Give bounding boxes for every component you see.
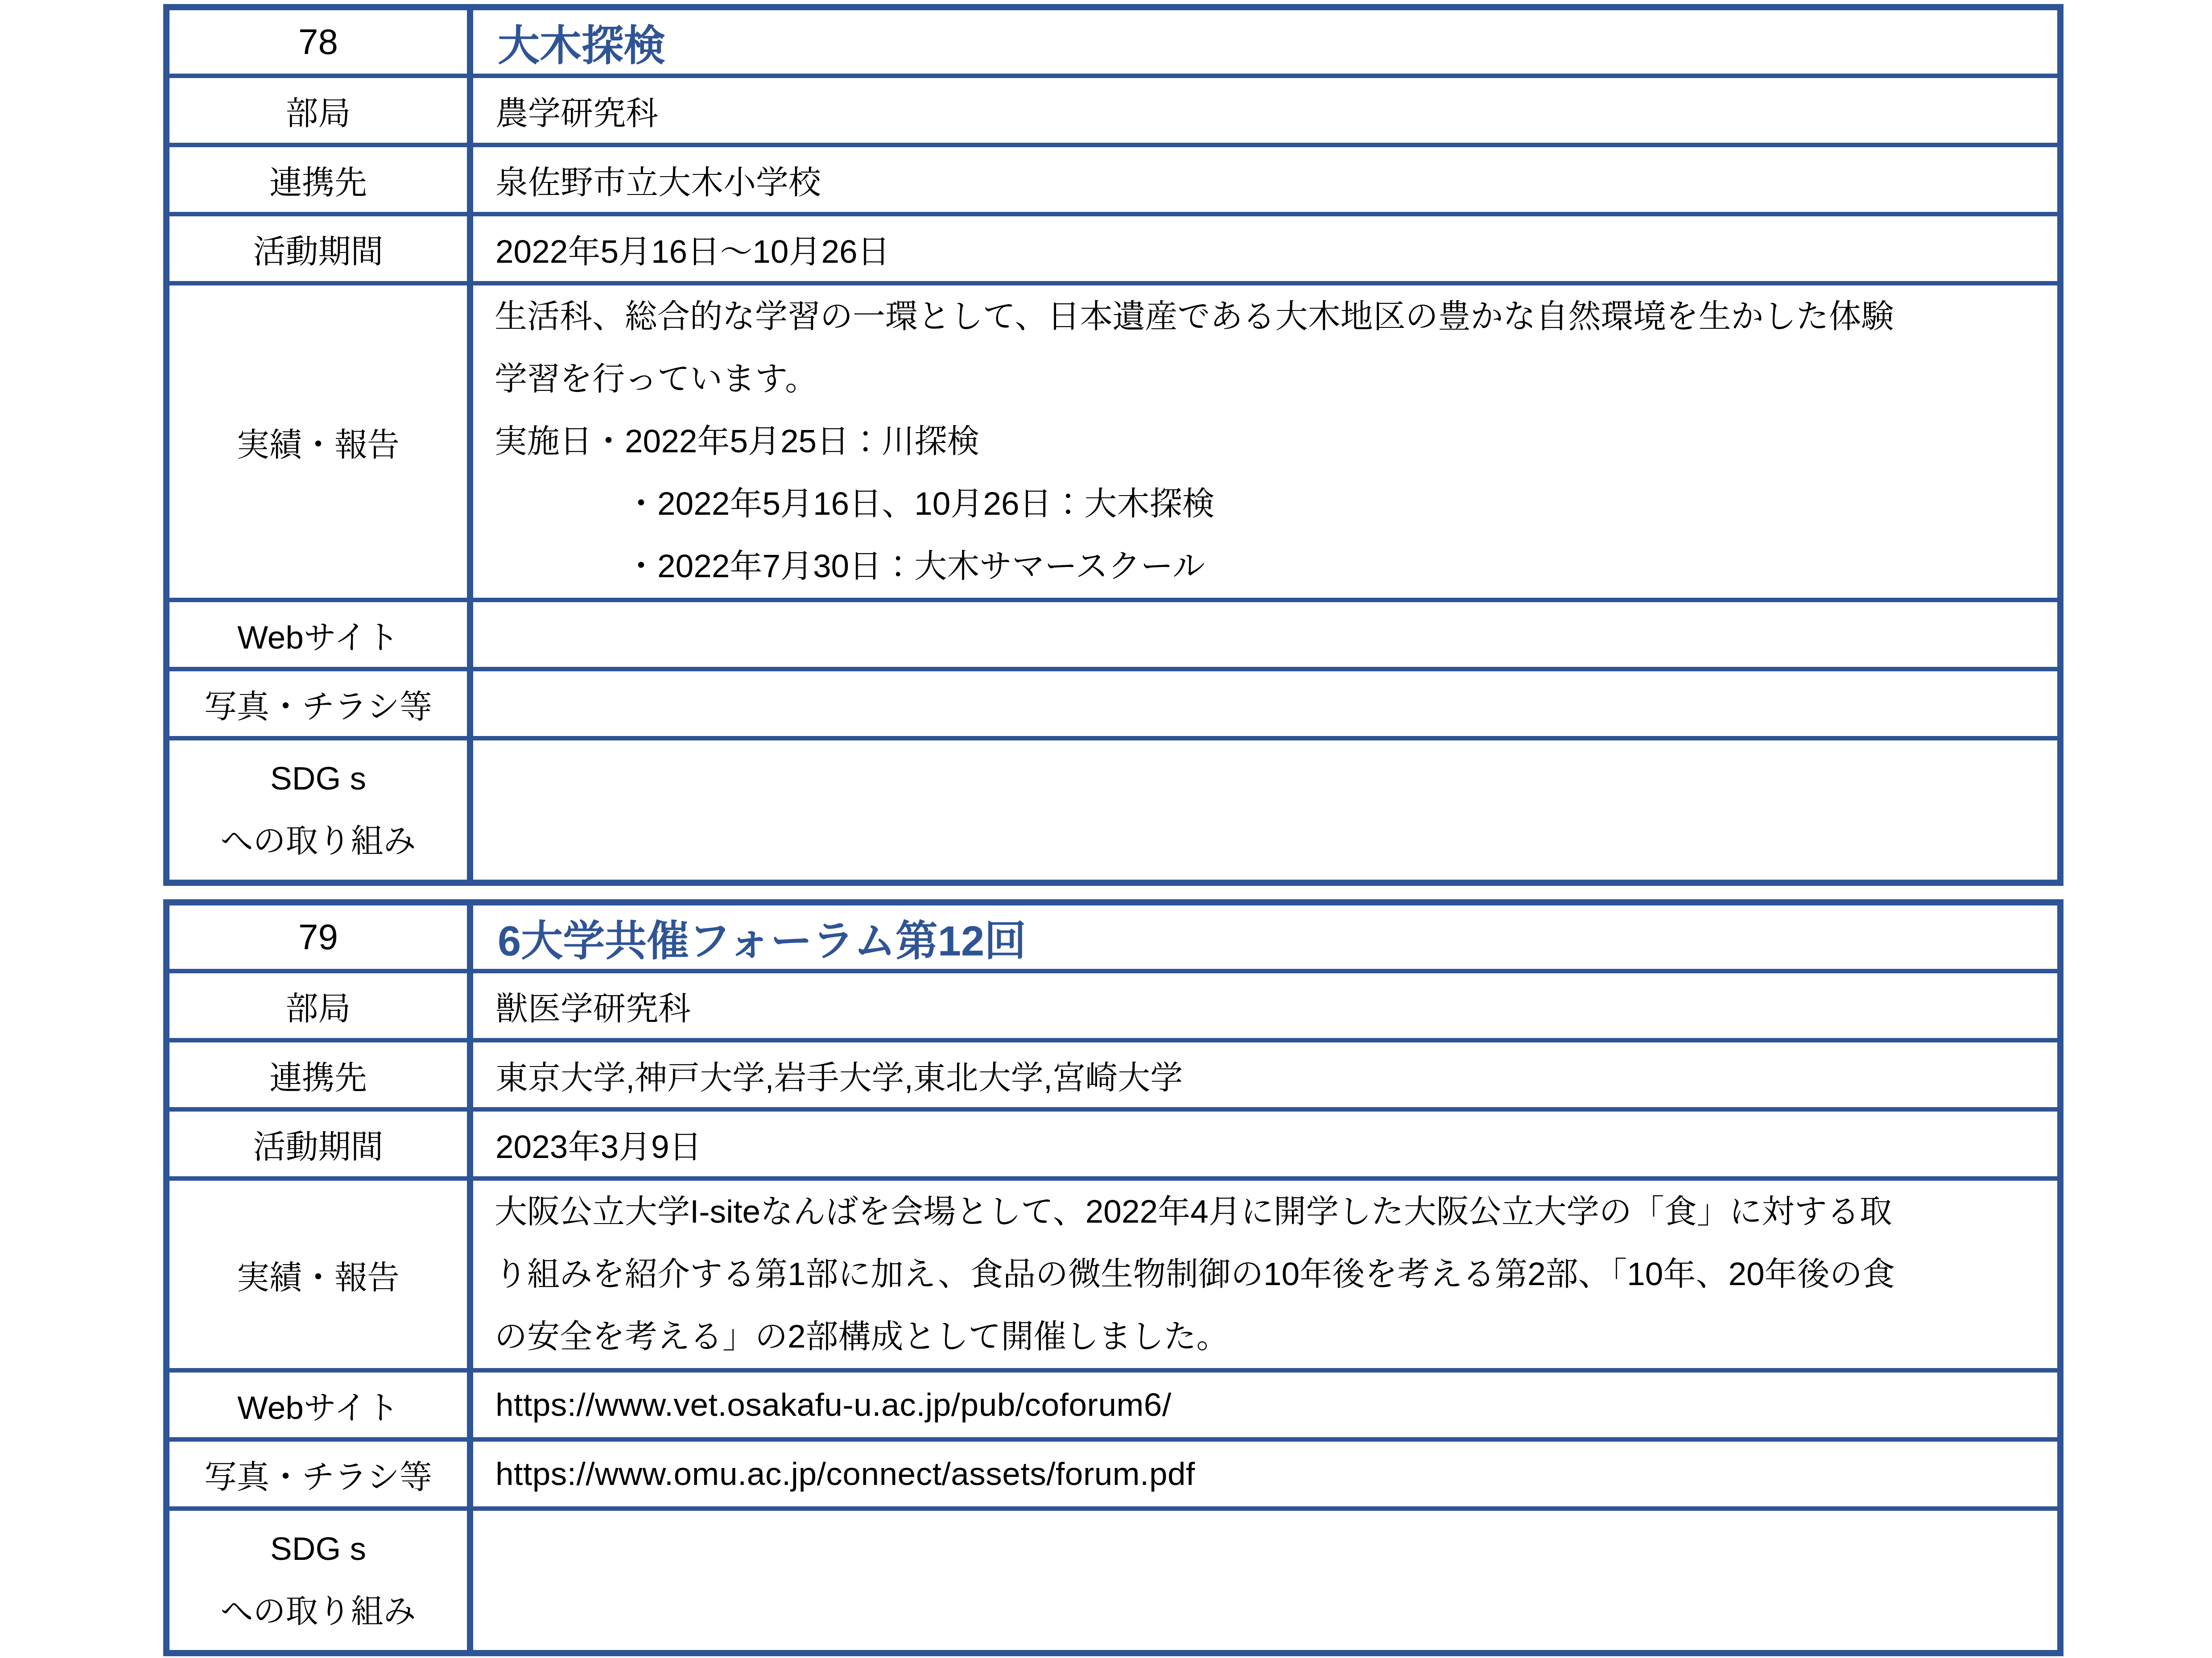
report-line: り組みを紹介する第1部に加え、食品の微生物制御の10年後を考える第2部、「10年…	[495, 1243, 1895, 1306]
record-header-row: 78 大木探検	[169, 10, 2057, 74]
report-line: 実施日・2022年5月25日：川探検	[495, 410, 979, 473]
report-line: の安全を考える」の2部構成として開催しました。	[495, 1306, 1229, 1368]
department-label: 部局	[169, 78, 473, 143]
report-line: ・2022年5月16日、10月26日：大木探検	[495, 473, 1215, 535]
department-value: 農学研究科	[473, 78, 2057, 143]
website-row: Webサイト	[169, 598, 2057, 667]
sdgs-label-line1: SDG s	[270, 1518, 366, 1580]
sdgs-label: SDG s への取り組み	[169, 740, 473, 880]
department-label: 部局	[169, 973, 473, 1038]
website-value: https://www.vet.osakafu-u.ac.jp/pub/cofo…	[473, 1373, 2057, 1437]
period-label: 活動期間	[169, 1112, 473, 1176]
partner-label: 連携先	[169, 1042, 473, 1107]
sdgs-label-line2: への取り組み	[221, 810, 416, 872]
partner-value: 東京大学,神戸大学,岩手大学,東北大学,宮崎大学	[473, 1042, 2057, 1107]
photos-value: https://www.omu.ac.jp/connect/assets/for…	[473, 1442, 2057, 1506]
photos-row: 写真・チラシ等	[169, 667, 2057, 736]
report-label: 実績・報告	[169, 1181, 473, 1368]
period-value: 2023年3月9日	[473, 1112, 2057, 1176]
sdgs-row: SDG s への取り組み	[169, 1506, 2057, 1650]
photos-label: 写真・チラシ等	[169, 1442, 473, 1506]
report-value: 生活科、総合的な学習の一環として、日本遺産である大木地区の豊かな自然環境を生かし…	[473, 285, 2057, 598]
sdgs-label: SDG s への取り組み	[169, 1511, 473, 1650]
period-label: 活動期間	[169, 216, 473, 281]
partner-row: 連携先 泉佐野市立大木小学校	[169, 143, 2057, 212]
project-title: 大木探検	[473, 10, 2057, 74]
website-value	[473, 602, 2057, 667]
project-number: 79	[169, 905, 473, 969]
report-row: 実績・報告 大阪公立大学I-siteなんばを会場として、2022年4月に開学した…	[169, 1176, 2057, 1368]
sdgs-value	[473, 740, 2057, 880]
photos-label: 写真・チラシ等	[169, 671, 473, 736]
document-page: 78 大木探検 部局 農学研究科 連携先 泉佐野市立大木小学校 活動期間 202…	[0, 0, 2212, 1658]
project-record-78: 78 大木探検 部局 農学研究科 連携先 泉佐野市立大木小学校 活動期間 202…	[163, 4, 2063, 886]
report-row: 実績・報告 生活科、総合的な学習の一環として、日本遺産である大木地区の豊かな自然…	[169, 281, 2057, 598]
sdgs-value	[473, 1511, 2057, 1650]
partner-value: 泉佐野市立大木小学校	[473, 147, 2057, 212]
period-row: 活動期間 2022年5月16日～10月26日	[169, 212, 2057, 281]
report-line: 大阪公立大学I-siteなんばを会場として、2022年4月に開学した大阪公立大学…	[495, 1181, 1892, 1243]
department-value: 獣医学研究科	[473, 973, 2057, 1038]
department-row: 部局 農学研究科	[169, 74, 2057, 143]
partner-label: 連携先	[169, 147, 473, 212]
report-line: ・2022年7月30日：大木サマースクール	[495, 535, 1205, 598]
photos-value	[473, 671, 2057, 736]
photos-row: 写真・チラシ等 https://www.omu.ac.jp/connect/as…	[169, 1437, 2057, 1506]
period-value: 2022年5月16日～10月26日	[473, 216, 2057, 281]
report-line: 学習を行っています。	[495, 348, 817, 410]
record-header-row: 79 6大学共催フォーラム第12回	[169, 905, 2057, 969]
report-label: 実績・報告	[169, 285, 473, 598]
website-label: Webサイト	[169, 602, 473, 667]
sdgs-label-line1: SDG s	[270, 748, 366, 810]
period-row: 活動期間 2023年3月9日	[169, 1107, 2057, 1176]
project-record-79: 79 6大学共催フォーラム第12回 部局 獣医学研究科 連携先 東京大学,神戸大…	[163, 899, 2063, 1656]
partner-row: 連携先 東京大学,神戸大学,岩手大学,東北大学,宮崎大学	[169, 1038, 2057, 1107]
report-line: 生活科、総合的な学習の一環として、日本遺産である大木地区の豊かな自然環境を生かし…	[495, 285, 1894, 348]
website-row: Webサイト https://www.vet.osakafu-u.ac.jp/p…	[169, 1368, 2057, 1437]
project-title: 6大学共催フォーラム第12回	[473, 905, 2057, 969]
sdgs-row: SDG s への取り組み	[169, 736, 2057, 880]
sdgs-label-line2: への取り組み	[221, 1580, 416, 1643]
website-label: Webサイト	[169, 1373, 473, 1437]
report-value: 大阪公立大学I-siteなんばを会場として、2022年4月に開学した大阪公立大学…	[473, 1181, 2057, 1368]
department-row: 部局 獣医学研究科	[169, 969, 2057, 1038]
project-number: 78	[169, 10, 473, 74]
